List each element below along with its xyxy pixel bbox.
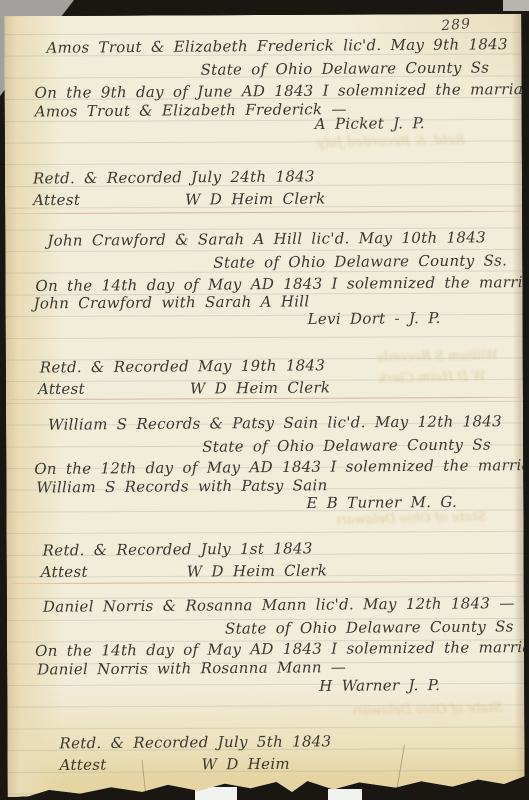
license-line: Daniel Norris & Rosanna Mann lic'd. May …: [43, 594, 515, 617]
couple-line: Daniel Norris with Rosanna Mann —: [37, 658, 346, 679]
paper-crack: [141, 760, 146, 800]
solemnization-line: On the 12th day of May AD 1843 I solemni…: [34, 456, 529, 479]
attest-label: Attest: [59, 756, 106, 775]
solemnization-line: On the 9th day of June AD 1843 I solemni…: [35, 80, 529, 103]
officiant-signature: Levi Dort - J. P.: [308, 309, 441, 329]
state-county-line: State of Ohio Delaware County Ss.: [213, 251, 507, 272]
clerk-signature: W D Heim Clerk: [187, 561, 327, 581]
state-county-line: State of Ohio Delaware County Ss: [202, 436, 491, 457]
license-line: John Crawford & Sarah A Hill lic'd. May …: [47, 228, 486, 250]
bleed-through-text: W D Heim Clerk: [378, 369, 486, 386]
record-divider-line: [9, 211, 520, 214]
returned-recorded-line: Retd. & Recorded July 1st 1843: [43, 539, 313, 560]
returned-recorded-line: Retd. & Recorded May 19th 1843: [40, 356, 325, 377]
ledger-page: 289 Amos Trout & Elizabeth Frederick lic…: [4, 14, 524, 797]
bleed-through-text: State of Ohio Delaware County Ss: [352, 701, 502, 719]
photo-background: { "page_number": "289", "records": [ { "…: [0, 0, 529, 800]
license-line: Amos Trout & Elizabeth Frederick lic'd. …: [46, 35, 508, 58]
clerk-signature: W D Heim Clerk: [185, 189, 325, 209]
solemnization-line: On the 14th day of May AD 1843 I solemni…: [35, 638, 529, 661]
attest-label: Attest: [41, 563, 88, 582]
officiant-signature: H Warner J. P.: [319, 676, 440, 696]
bleed-through-text: William S Records & Patsy Sain lic'd. Ma…: [378, 348, 498, 366]
license-line: William S Records & Patsy Sain lic'd. Ma…: [48, 412, 502, 435]
white-backing-sliver: [328, 789, 362, 800]
state-county-line: State of Ohio Delaware County Ss: [225, 617, 514, 638]
clerk-signature: W D Heim: [201, 755, 290, 775]
couple-line: Amos Trout & Elizabeth Frederick —: [35, 100, 347, 121]
couple-line: John Crawford with Sarah A Hill: [33, 292, 309, 313]
clerk-signature: W D Heim Clerk: [190, 378, 330, 398]
state-county-line: State of Ohio Delaware County Ss: [200, 59, 489, 80]
officiant-signature: A Picket J. P.: [315, 114, 425, 134]
returned-recorded-line: Retd. & Recorded July 5th 1843: [59, 732, 331, 753]
attest-label: Attest: [38, 380, 85, 399]
bleed-through-text: State of Ohio Delaware County Ss.: [336, 510, 486, 528]
paper-crack: [395, 745, 405, 796]
bleed-through-text: Retd. & Recorded July 24th 1843: [315, 133, 465, 151]
attest-label: Attest: [33, 191, 80, 210]
couple-line: William S Records with Patsy Sain: [36, 476, 327, 497]
returned-recorded-line: Retd. & Recorded July 24th 1843: [33, 167, 315, 188]
page-number: 289: [441, 16, 472, 34]
record-divider-line: [10, 397, 521, 400]
photo-corner-grey-top-right: [503, 0, 529, 11]
